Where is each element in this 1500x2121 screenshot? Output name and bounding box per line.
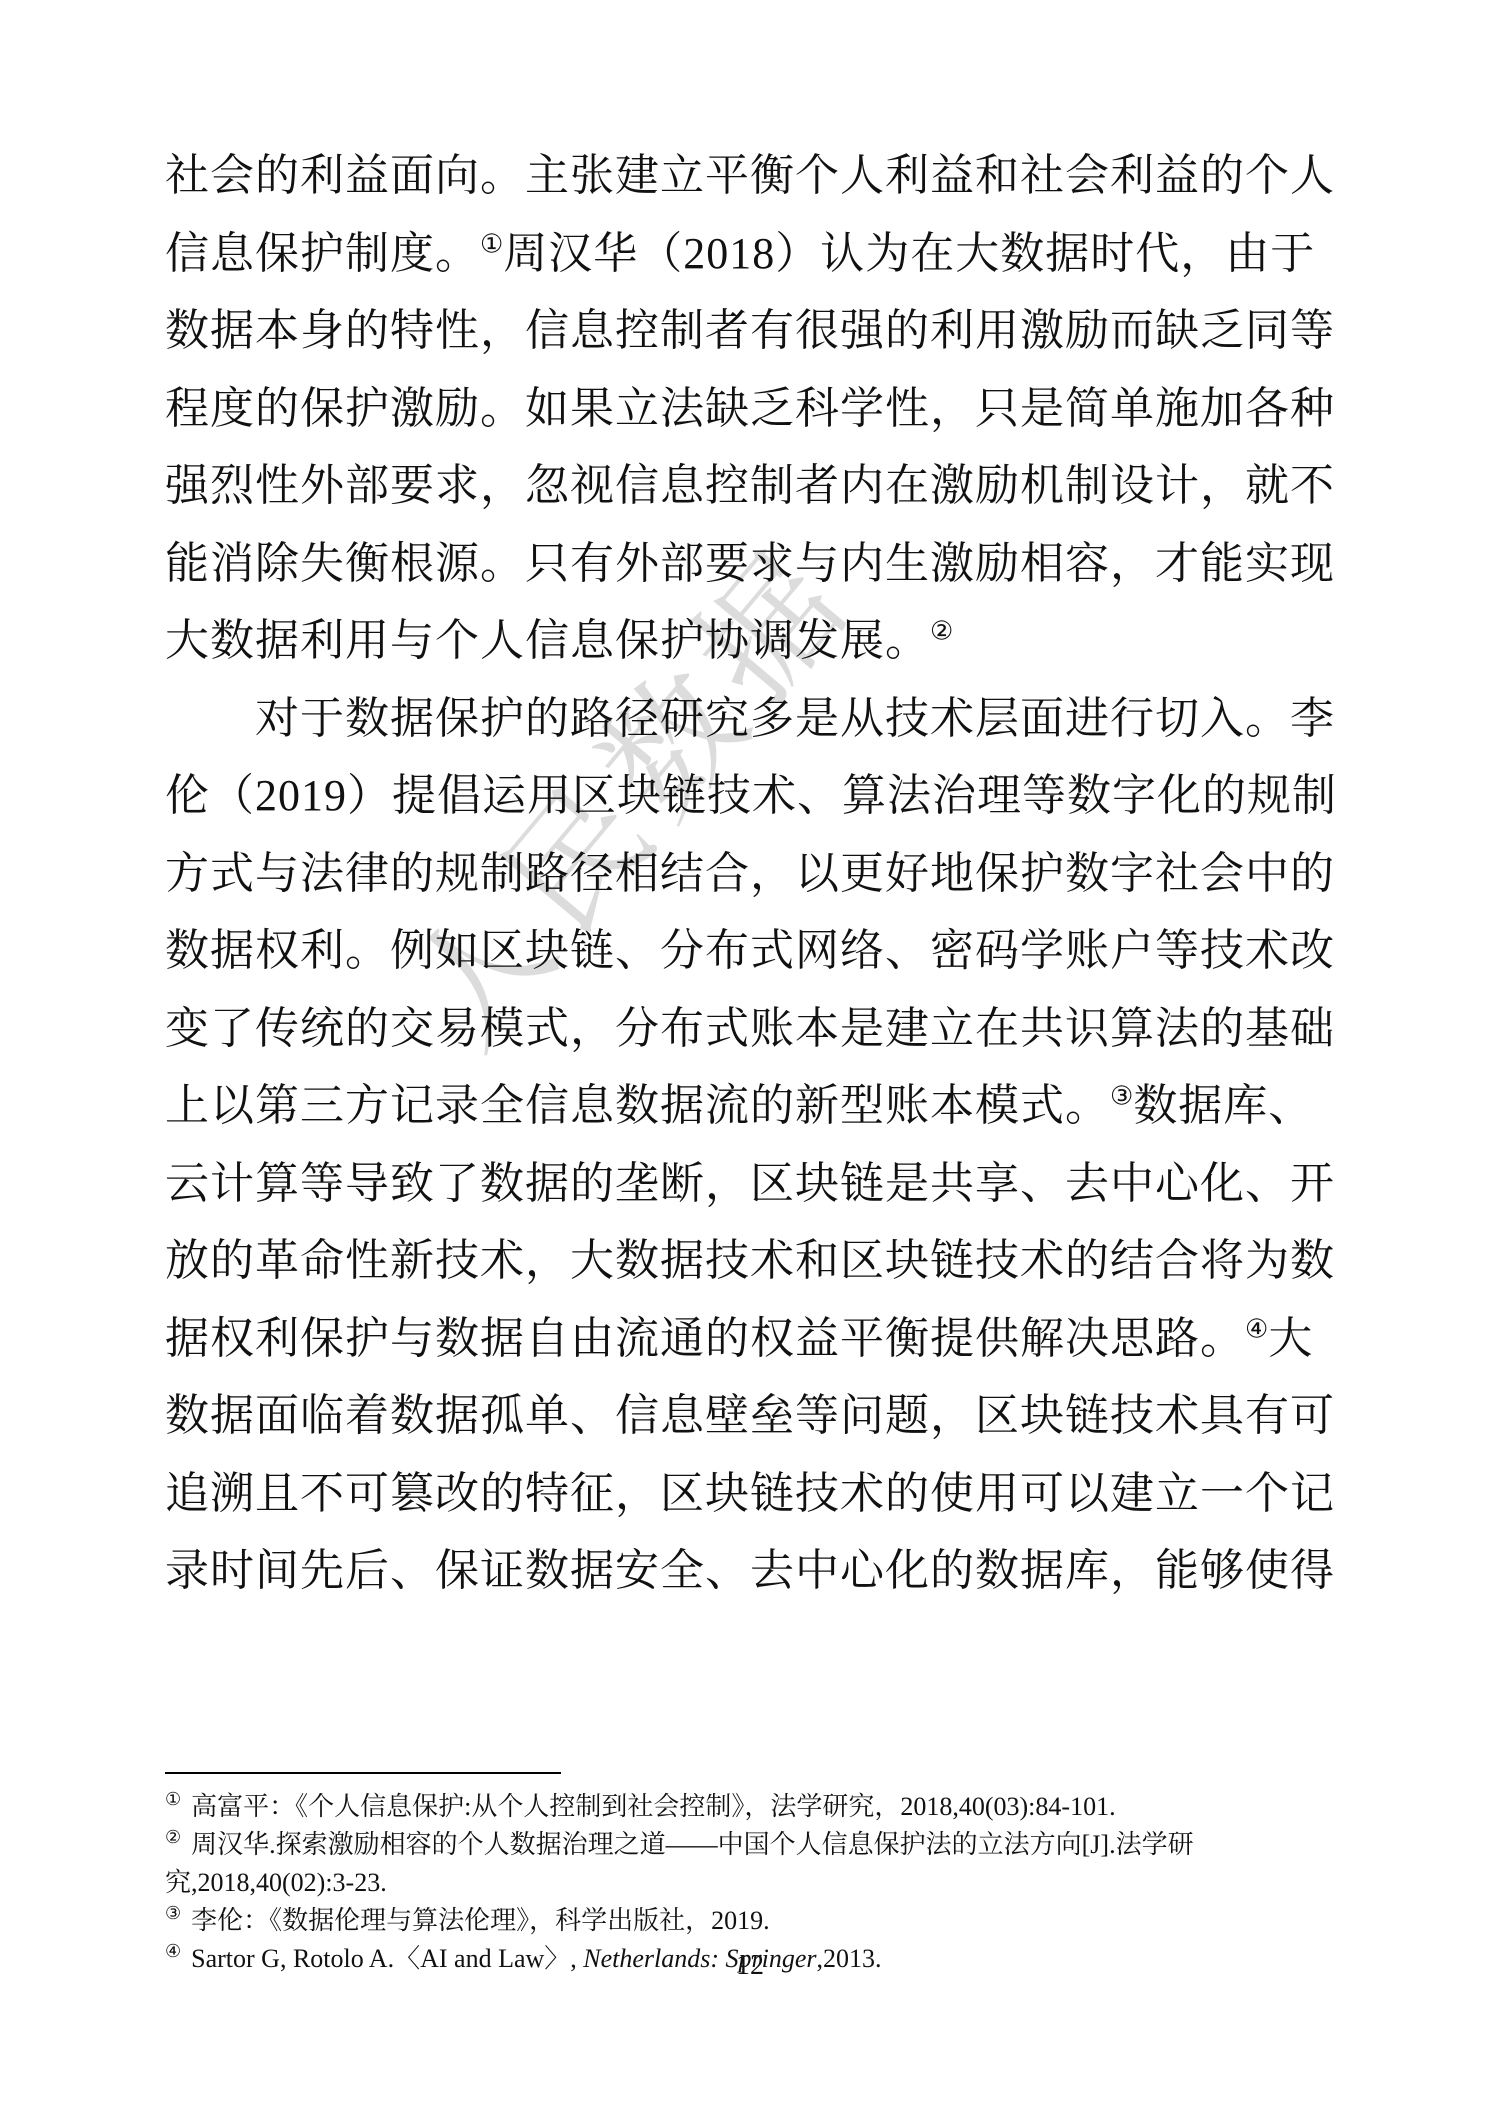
body-text-line: 数据本身的特性，信息控制者有很强的利用激励而缺乏同等: [165, 292, 1287, 370]
body-text-line: 数据面临着数据孤单、信息壁垒等问题，区块链技术具有可: [165, 1377, 1287, 1455]
page-number: 12: [0, 1950, 1500, 1982]
body-text-line: 变了传统的交易模式，分布式账本是建立在共识算法的基础: [165, 990, 1287, 1068]
body-text: 社会的利益面向。主张建立平衡个人利益和社会利益的个人信息保护制度。①周汉华（20…: [165, 137, 1287, 1610]
body-text-line: 能消除失衡根源。只有外部要求与内生激励相容，才能实现: [165, 525, 1287, 603]
body-text-line: 信息保护制度。①周汉华（2018）认为在大数据时代，由于: [165, 215, 1287, 293]
body-text-line: 社会的利益面向。主张建立平衡个人利益和社会利益的个人: [165, 137, 1287, 215]
footnote-item: ②周汉华.探索激励相容的个人数据治理之道——中国个人信息保护法的立法方向[J].…: [165, 1826, 1195, 1902]
body-text-line: 追溯且不可篡改的特征，区块链技术的使用可以建立一个记: [165, 1455, 1287, 1533]
footnote-marker: ③: [165, 1903, 191, 1923]
footnote-ref: ②: [930, 616, 953, 645]
document-page: 人民数据 社会的利益面向。主张建立平衡个人利益和社会利益的个人信息保护制度。①周…: [0, 0, 1500, 2121]
body-text-line: 强烈性外部要求，忽视信息控制者内在激励机制设计，就不: [165, 447, 1287, 525]
footnote-item: ①高富平：《个人信息保护:从个人控制到社会控制》，法学研究，2018,40(03…: [165, 1788, 1195, 1826]
body-text-line: 大数据利用与个人信息保护协调发展。②: [165, 602, 1287, 680]
footnote-ref: ①: [480, 229, 503, 258]
body-text-line: 数据权利。例如区块链、分布式网络、密码学账户等技术改: [165, 912, 1287, 990]
footnote-text: 周汉华.探索激励相容的个人数据治理之道——中国个人信息保护法的立法方向[J].法…: [165, 1830, 1194, 1897]
body-text-line: 录时间先后、保证数据安全、去中心化的数据库，能够使得: [165, 1532, 1287, 1610]
footnote-item: ③李伦：《数据伦理与算法伦理》，科学出版社，2019.: [165, 1902, 1195, 1940]
body-text-line: 据权利保护与数据自由流通的权益平衡提供解决思路。④大: [165, 1300, 1287, 1378]
body-text-line: 对于数据保护的路径研究多是从技术层面进行切入。李: [165, 680, 1287, 758]
footnote-ref: ④: [1245, 1314, 1268, 1343]
footnote-marker: ②: [165, 1827, 191, 1847]
body-text-line: 云计算等导致了数据的垄断，区块链是共享、去中心化、开: [165, 1145, 1287, 1223]
footnote-marker: ①: [165, 1789, 191, 1809]
body-text-line: 方式与法律的规制路径相结合，以更好地保护数字社会中的: [165, 835, 1287, 913]
footnote-separator: [165, 1772, 561, 1774]
footnote-text: 高富平：《个人信息保护:从个人控制到社会控制》，法学研究，2018,40(03)…: [191, 1792, 1115, 1821]
footnote-ref: ③: [1110, 1081, 1133, 1110]
footnote-text: 李伦：《数据伦理与算法伦理》，科学出版社，2019.: [191, 1906, 770, 1935]
body-text-line: 程度的保护激励。如果立法缺乏科学性，只是简单施加各种: [165, 370, 1287, 448]
body-text-line: 伦（2019）提倡运用区块链技术、算法治理等数字化的规制: [165, 757, 1287, 835]
body-text-line: 放的革命性新技术，大数据技术和区块链技术的结合将为数: [165, 1222, 1287, 1300]
body-text-line: 上以第三方记录全信息数据流的新型账本模式。③数据库、: [165, 1067, 1287, 1145]
